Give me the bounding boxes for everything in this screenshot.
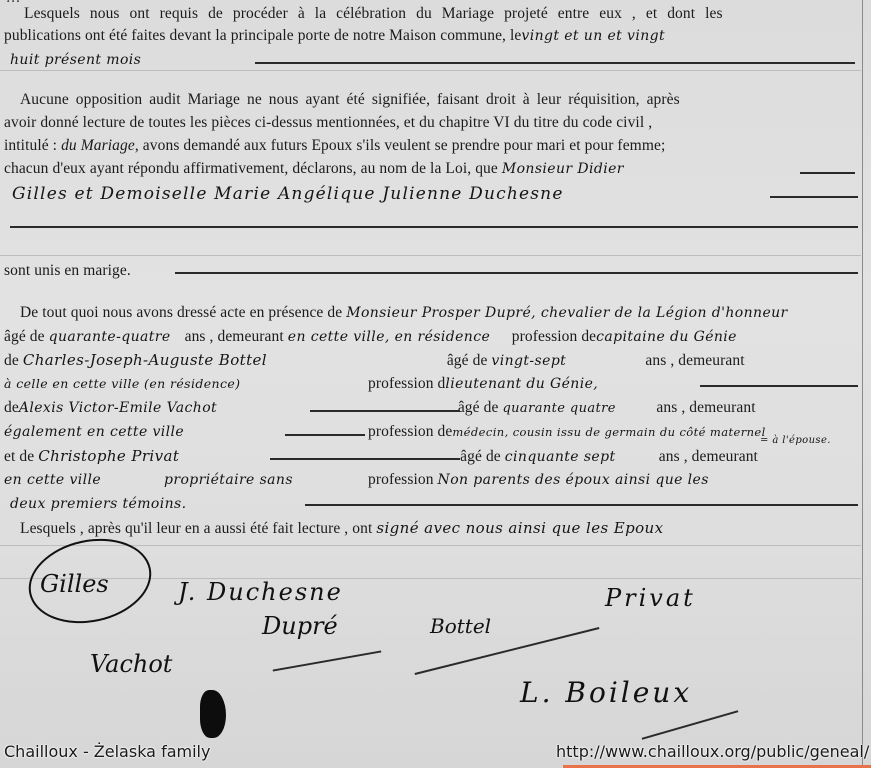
guide-line [0,255,861,256]
signature-underline [642,710,739,739]
para2-line4: chacun d'eux ayant répondu affirmativeme… [4,159,857,179]
witness2-age-handwriting: vingt-sept [491,351,641,371]
fill-rule [285,434,365,436]
age-label: âgé de [458,399,499,416]
profession-label: profession [368,471,434,488]
witness2-details: de Charles-Joseph-Auguste Bottel âgé de … [4,350,857,371]
witness3-profession: également en cette ville profession demé… [4,422,857,442]
witness4-profession-handwriting: Non parents des époux ainsi que les [438,472,709,488]
scanned-document-page: ... Lesquels nous ont requis de procéder… [0,0,871,768]
witness4-age-handwriting: cinquante sept [505,447,655,467]
fill-rule [770,196,858,198]
signature-dupre: Dupré [262,612,338,640]
fill-rule [305,504,858,506]
closing-line: Lesquels , après qu'il leur en a aussi é… [20,518,857,539]
witness4-details: et de Christophe Privat âgé de cinquante… [4,446,857,467]
witness-intro: De tout quoi nous avons dressé acte en p… [20,303,857,323]
caption-website-link[interactable]: http://www.chailloux.org/public/geneal/ [556,742,869,761]
signature-duchesne: J. Duchesne [178,578,343,606]
age-label: âgé de [4,328,45,345]
witness-intro-printed: De tout quoi nous avons dressé acte en p… [20,304,342,321]
witness3-age-handwriting: quarante quatre [502,399,652,419]
witness4-residence-handwriting: en cette ville [4,470,164,490]
closing-printed: Lesquels , après qu'il leur en a aussi é… [20,520,372,537]
signature-boileux: L. Boileux [520,676,692,709]
para1-line2: publications ont été faites devant la pr… [4,26,857,46]
para1-line1: Lesquels nous ont requis de procéder à l… [24,4,857,24]
caption-family: Chailloux - Żelaska family [4,742,210,761]
para2-line3-italic: du Mariage [61,137,135,154]
para1-line3-handwriting: huit présent mois [10,50,857,70]
witness4-name-handwriting: Christophe Privat [38,446,456,466]
para2-line2: avoir donné lecture de toutes les pièces… [4,113,857,133]
signature-vachot: Vachot [90,650,172,678]
witness1-name-handwriting: Monsieur Prosper Dupré, chevalier de la … [346,305,787,321]
page-margin-rule [862,0,863,768]
fill-rule [255,62,855,64]
para1-line2-handwriting: vingt et un et vingt [521,28,665,44]
signature-bottel: Bottel [430,614,491,638]
profession-label: profession de [512,328,596,345]
closing-handwriting: signé avec nous ainsi que les Epoux [376,519,663,537]
ans-demeurant-label: ans , demeurant [645,352,744,369]
de-label: de [4,352,19,369]
signature-privat: Privat [605,584,696,612]
profession-label: profession de [368,423,452,440]
witness3-profession-handwriting: médecin, cousin issu de germain du côté … [452,425,765,439]
fill-rule [10,226,858,228]
spouses-names-handwriting: Gilles et Demoiselle Marie Angélique Jul… [12,184,857,204]
ans-demeurant-label: ans , demeurant [656,399,755,416]
para2-line3-a: intitulé : [4,137,61,154]
ans-demeurant-label: ans , demeurant [659,448,758,465]
fill-rule [700,385,858,387]
witness2-profession-handwriting: lieutenant du Génie, [445,376,598,392]
para2-line4-printed: chacun d'eux ayant répondu affirmativeme… [4,160,498,177]
profession-label: profession d [368,375,445,392]
signature-underline [273,650,382,671]
fill-rule [175,272,858,274]
witness4-extra-handwriting: propriétaire sans [164,470,364,490]
para2-line3-b: , avons demandé aux futurs Epoux s'ils v… [135,137,666,154]
para2-line1: Aucune opposition audit Mariage ne nous … [20,90,857,110]
para2-line4-handwriting: Monsieur Didier [502,161,624,177]
fill-rule [310,410,460,412]
ans-demeurant-label: ans , demeurant [185,328,284,345]
witness1-residence-handwriting: en cette ville, en résidence [288,327,508,347]
witness1-age-handwriting: quarante-quatre [49,327,181,347]
de-label: de [4,399,19,416]
ink-blot [200,690,226,738]
para2-line3: intitulé : du Mariage, avons demandé aux… [4,136,857,156]
witness2-name-handwriting: Charles-Joseph-Auguste Bottel [23,350,443,370]
witness2-residence-handwriting: à celle en cette ville (en résidence) [4,374,364,394]
fill-rule [800,172,855,174]
witness3-name-handwriting: Alexis Victor-Emile Vachot [19,398,454,418]
united-statement: sont unis en marige. [4,261,857,281]
witness2-profession: à celle en cette ville (en résidence) pr… [4,374,857,394]
age-label: âgé de [460,448,501,465]
witness4-profession: en cette villepropriétaire sans professi… [4,470,857,490]
fill-rule [270,458,460,460]
witness1-profession-handwriting: capitaine du Génie [596,329,737,345]
witness3-details: deAlexis Victor-Emile Vachot âgé de quar… [4,398,857,419]
et-de-label: et de [4,448,34,465]
guide-line [0,70,861,71]
age-label: âgé de [447,352,488,369]
witness1-details: âgé de quarante-quatre ans , demeurant e… [4,327,857,347]
signature-gilles: Gilles [40,570,109,598]
witness3-residence-handwriting: également en cette ville [4,422,364,442]
para1-line2-printed: publications ont été faites devant la pr… [4,27,521,44]
